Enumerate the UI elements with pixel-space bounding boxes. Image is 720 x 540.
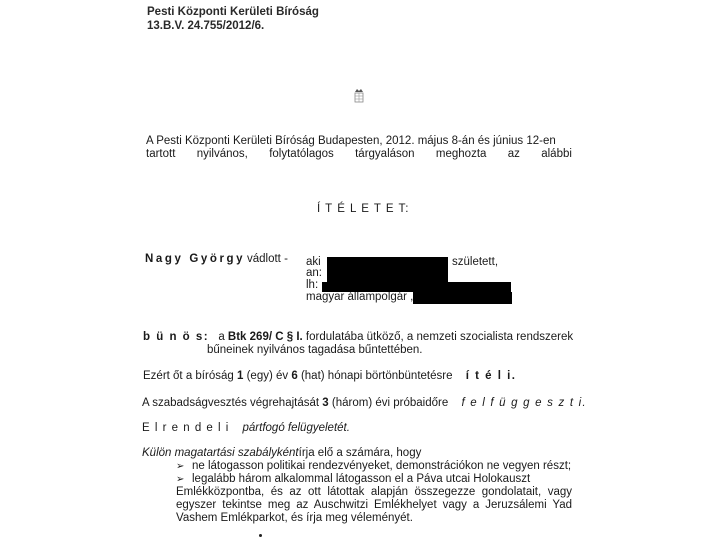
defendant-citizenship: magyar állampolgár , <box>306 291 413 304</box>
defendant-birth-suffix: született, <box>452 256 498 269</box>
sentence-verb: í t é l i. <box>466 370 517 382</box>
supervision-line: E l r e n d e l i pártfogó felügyeletét. <box>142 422 350 435</box>
intro-word: alábbi <box>541 148 572 161</box>
sentence-text: (hat) hónapi börtönbüntetésre <box>301 370 453 382</box>
suspension-text: (három) évi próbaidőre <box>332 397 448 409</box>
verdict-line-2: bűneinek nyilvános tagadása bűntettében. <box>207 344 422 357</box>
supervision-text: pártfogó felügyeletét. <box>243 422 350 434</box>
verdict-line-1: b ü n ö s: a Btk 269/ C § I. fordulatába… <box>143 331 573 344</box>
suspension-verb: f e l f ü g g e s z t i. <box>461 397 586 409</box>
sentence-text: Ezért őt a bíróság <box>143 370 234 382</box>
rules-intro: Külön magatartási szabálykéntírja elő a … <box>142 447 421 460</box>
supervision-verb: E l r e n d e l i <box>142 422 229 434</box>
sentence-years: 1 <box>237 370 243 382</box>
sentence-months: 6 <box>291 370 297 382</box>
verdict-label: b ü n ö s: <box>143 331 209 343</box>
verdict-text: fordulatába ütköző, a nemzeti szocialist… <box>306 331 573 343</box>
probation-years: 3 <box>322 397 328 409</box>
verdict-text: a <box>218 331 224 343</box>
law-reference: Btk 269/ C § I. <box>228 331 303 343</box>
defendant-name: Nagy György <box>145 253 245 266</box>
suspension-text: A szabadságvesztés végrehajtását <box>142 397 319 409</box>
intro-word: tartott <box>146 148 175 161</box>
rules-intro-text: írja elő a számára, hogy <box>299 447 422 459</box>
rule-text: Vashem Emlékparkot, és írja meg vélemény… <box>176 512 572 525</box>
rule-text: legalább három alkalommal látogasson el … <box>192 473 530 485</box>
rule-item-2: ➢legalább három alkalommal látogasson el… <box>176 473 530 486</box>
redaction-block <box>322 282 511 292</box>
arrow-bullet-icon: ➢ <box>176 460 192 473</box>
judgment-title: Í T É L E T E T: <box>317 203 410 216</box>
rule-item-1: ➢ne látogasson politikai rendezvényeket,… <box>176 460 571 473</box>
court-judgment-page: Pesti Központi Kerületi Bíróság 13.B.V. … <box>0 0 720 540</box>
intro-word: tárgyaláson <box>355 148 414 161</box>
page-mark <box>259 534 262 537</box>
court-name: Pesti Központi Kerületi Bíróság <box>147 6 319 18</box>
intro-line-2: tartott nyilvános, folytatólagos tárgyal… <box>146 148 572 161</box>
intro-word: az <box>508 148 520 161</box>
rule-text: Emlékközpontba, és az ott látottak alapj… <box>176 486 572 499</box>
coat-of-arms-icon <box>352 88 366 104</box>
redaction-block <box>327 257 448 282</box>
rule-item-2-continuation: Emlékközpontba, és az ott látottak alapj… <box>176 486 572 525</box>
rules-intro-italic: Külön magatartási szabályként <box>142 447 299 459</box>
intro-word: nyilvános, <box>197 148 248 161</box>
suspension-line: A szabadságvesztés végrehajtását 3 (háro… <box>142 397 587 410</box>
arrow-bullet-icon: ➢ <box>176 473 192 486</box>
intro-word: folytatólagos <box>269 148 334 161</box>
defendant-role: vádlott - <box>247 253 288 266</box>
rule-text: ne látogasson politikai rendezvényeket, … <box>192 460 571 472</box>
redaction-block <box>413 292 512 304</box>
intro-line-1: A Pesti Központi Kerületi Bíróság Budape… <box>146 135 556 148</box>
rule-text: egyszer tekintse meg az Auschwitzi Emlék… <box>176 499 572 512</box>
sentence-line: Ezért őt a bíróság 1 (egy) év 6 (hat) hó… <box>143 370 516 383</box>
sentence-text: (egy) év <box>247 370 289 382</box>
case-number: 13.B.V. 24.755/2012/6. <box>147 20 264 32</box>
intro-word: meghozta <box>436 148 487 161</box>
